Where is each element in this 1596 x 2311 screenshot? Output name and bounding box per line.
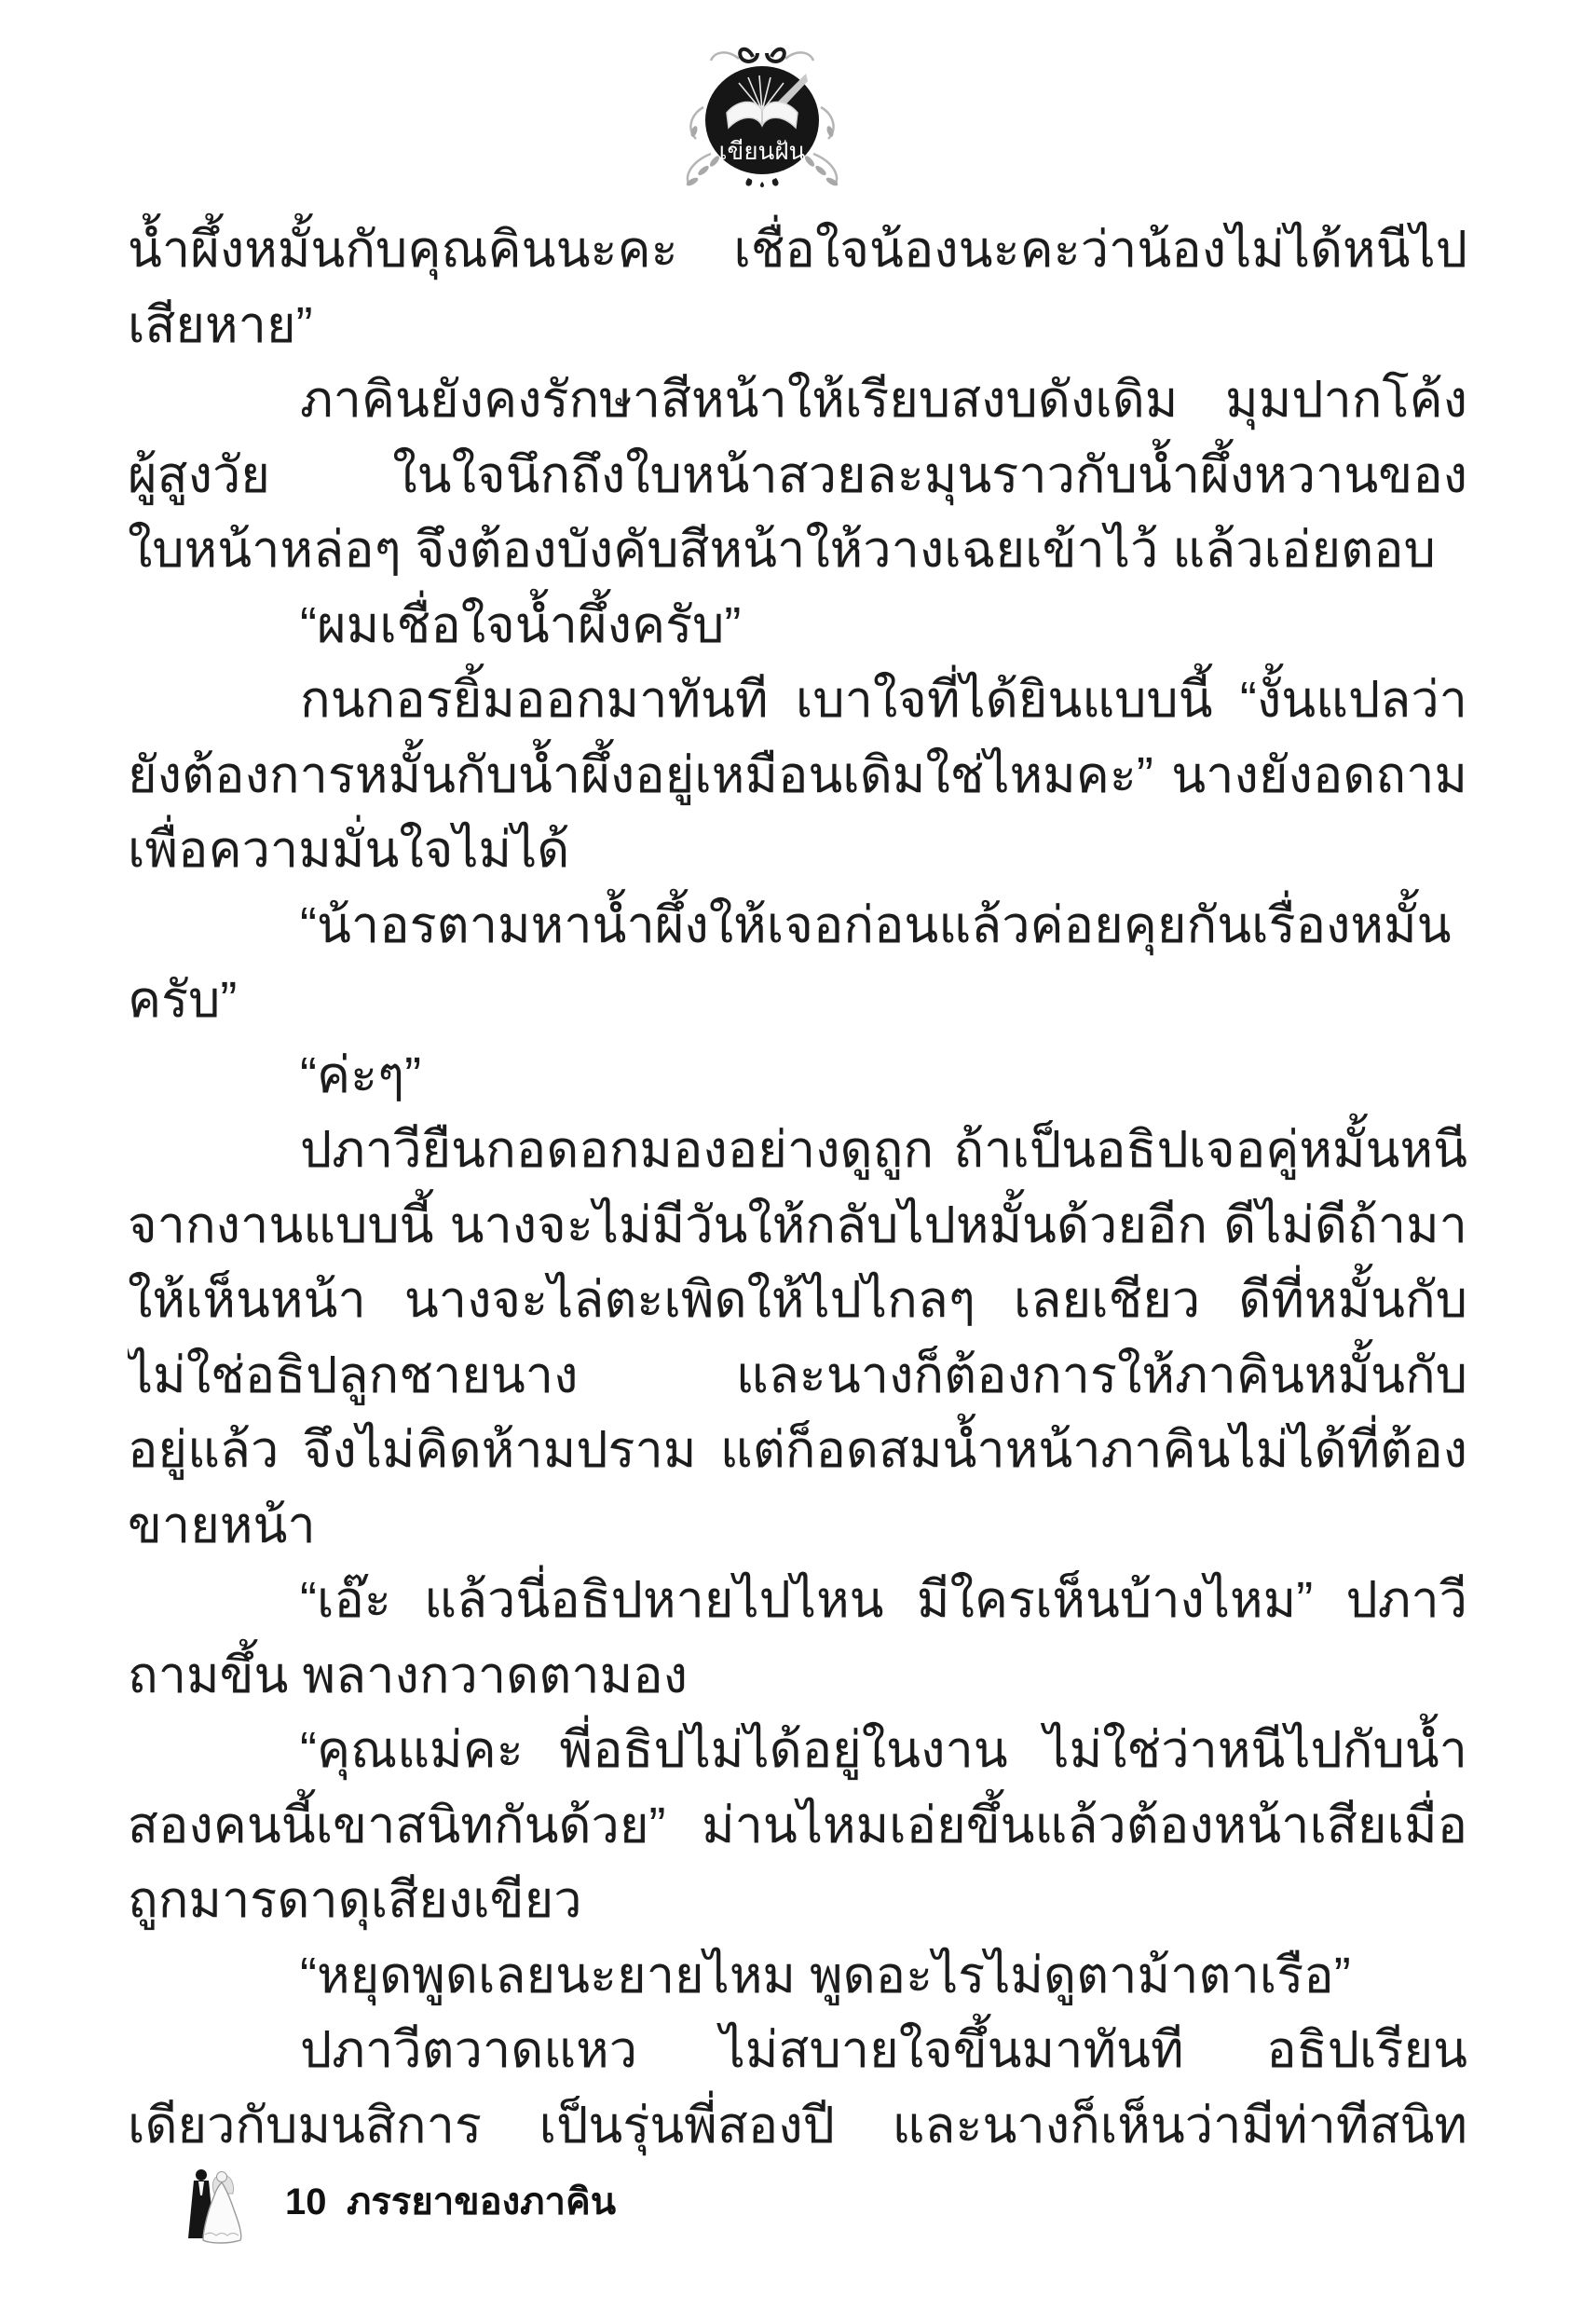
text-line: “เอ๊ะ แล้วนี่อธิปหายไปไหน มีใครเห็นบ้างไ… [128,1563,1467,1638]
publisher-logo-text: เขียนฝัน [719,137,806,165]
text-line: “น้าอรตามหาน้ำผึ้งให้เจอก่อนแล้วค่อยคุยก… [128,888,1467,964]
publisher-emblem-icon: เขียนฝัน [683,41,841,192]
text-line: “ผมเชื่อใจน้ำผึ้งครับ” [128,588,1467,663]
book-title: ภรรยาของภาคิน [347,2164,616,2240]
text-line: ยังต้องการหมั้นกับน้ำผึ้งอยู่เหมือนเดิมใ… [128,738,1467,814]
text-line: ครับ” [128,963,1467,1038]
text-line: “หยุดพูดเลยนะยายไหม พูดอะไรไม่ดูตาม้าตาเ… [128,1938,1467,2014]
publisher-logo: เขียนฝัน [683,41,841,192]
body-text: น้ำผึ้งหมั้นกับคุณคินนะคะ เชื่อใจน้องนะค… [128,212,1467,2163]
page-footer: 10 ภรรยาของภาคิน [0,2164,1596,2248]
text-line: เสียหาย” [128,288,1467,363]
text-line: “ค่ะๆ” [128,1038,1467,1114]
text-line: อยู่แล้ว จึงไม่คิดห้ามปราม แต่ก็อดสมน้ำห… [128,1413,1467,1488]
text-line: กนกอรยิ้มออกมาทันที เบาใจที่ได้ยินแบบนี้… [128,663,1467,738]
text-line: สองคนนี้เขาสนิทกันด้วย” ม่านไหมเอ่ยขึ้นแ… [128,1788,1467,1864]
text-line: ปภาวีตวาดแหว ไม่สบายใจขึ้นมาทันที อธิปเร… [128,2013,1467,2088]
text-line: ใบหน้าหล่อๆ จึงต้องบังคับสีหน้าให้วางเฉย… [128,513,1467,588]
text-line: ขายหน้า [128,1488,1467,1564]
wedding-couple-icon [183,2167,244,2244]
book-page: เขียนฝัน น้ำผึ้งหมั้นกับคุณคินนะคะ เชื่อ… [0,0,1596,2311]
text-line: ให้เห็นหน้า นางจะไล่ตะเพิดให้ไปไกลๆ เลยเ… [128,1263,1467,1338]
text-line: ผู้สูงวัย ในใจนึกถึงใบหน้าสวยละมุนราวกับ… [128,438,1467,513]
text-line: จากงานแบบนี้ นางจะไม่มีวันให้กลับไปหมั้น… [128,1188,1467,1264]
text-line: เพื่อความมั่นใจไม่ได้ [128,813,1467,888]
text-line: ภาคินยังคงรักษาสีหน้าให้เรียบสงบดังเดิม … [128,362,1467,438]
text-line: น้ำผึ้งหมั้นกับคุณคินนะคะ เชื่อใจน้องนะค… [128,212,1467,288]
text-line: “คุณแม่คะ พี่อธิปไม่ได้อยู่ในงาน ไม่ใช่ว… [128,1713,1467,1788]
page-number: 10 [285,2164,327,2240]
text-line: ปภาวียืนกอดอกมองอย่างดูถูก ถ้าเป็นอธิปเจ… [128,1113,1467,1188]
text-line: ถามขึ้น พลางกวาดตามอง [128,1638,1467,1714]
text-line: ไม่ใช่อธิปลูกชายนาง และนางก็ต้องการให้ภา… [128,1338,1467,1414]
text-line: ถูกมารดาดุเสียงเขียว [128,1863,1467,1938]
text-line: เดียวกับมนสิการ เป็นรุ่นพี่สองปี และนางก… [128,2088,1467,2164]
